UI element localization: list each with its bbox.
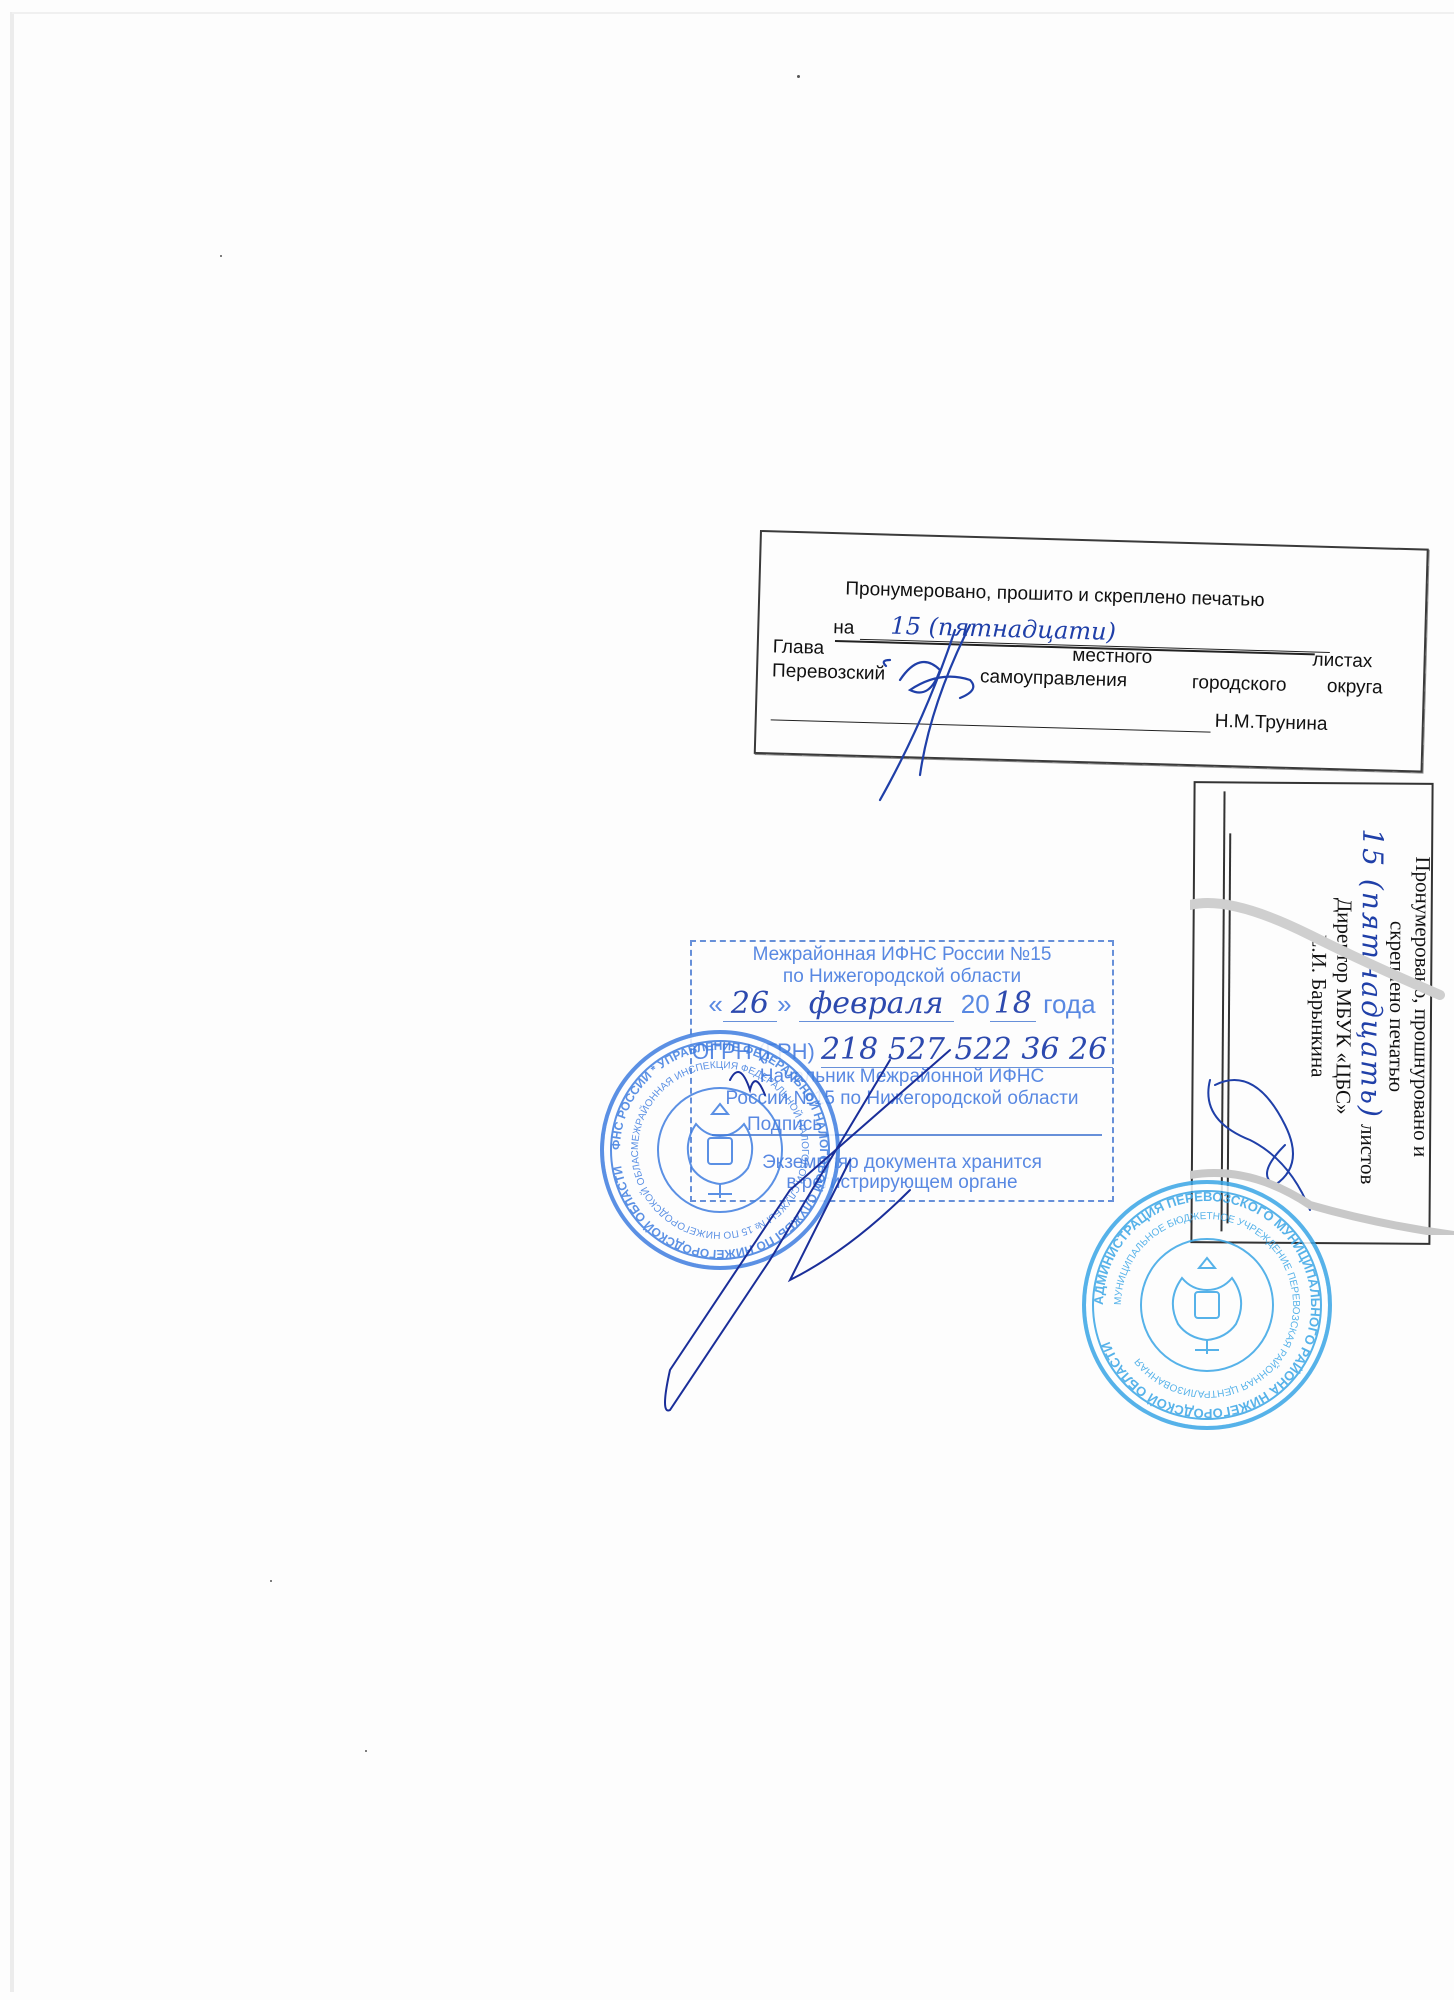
date-year-suffix: 18 (990, 986, 1036, 1022)
stamp-date-row: «26» февраля 2018 года (692, 986, 1112, 1021)
rotated-sheets-handwritten: 15 (пятнадцать) (1354, 828, 1389, 1119)
ifns-round-seal: ФНС РОССИИ * УПРАВЛЕНИЕ ФЕДЕРАЛЬНОЙ НАЛО… (600, 1030, 840, 1270)
eagle-emblem-icon (688, 1104, 752, 1198)
rotated-signer-name: Е.И. Барынкина (1305, 796, 1333, 1216)
administration-seal-graphic: АДМИНИСТРАЦИЯ ПЕРЕВОЗСКОГО МУНИЦИПАЛЬНОГ… (1086, 1184, 1328, 1426)
position-word: городского (1192, 672, 1287, 697)
signer-name: Н.М.Трунина (1215, 711, 1328, 736)
prefix-on: на (833, 617, 855, 640)
ifns-seal-graphic: ФНС РОССИИ * УПРАВЛЕНИЕ ФЕДЕРАЛЬНОЙ НАЛО… (604, 1034, 836, 1266)
svg-text:ФНС РОССИИ * УПРАВЛЕНИЕ ФЕДЕРА: ФНС РОССИИ * УПРАВЛЕНИЕ ФЕДЕРАЛЬНОЙ НАЛО… (609, 1039, 831, 1261)
scan-page-edge (10, 12, 14, 1992)
sheets-suffix: листах (1312, 649, 1372, 673)
stamp-authority-line2: по Нижегородской области (692, 966, 1112, 988)
rotated-signature-line (1227, 833, 1232, 1223)
scan-speck (270, 1580, 272, 1582)
scan-speck (365, 1750, 367, 1752)
numbering-certificate-box: Пронумеровано, прошито и скреплено печат… (754, 530, 1429, 773)
rotated-line1: Пронумеровано, прошнуровано и (1408, 797, 1436, 1217)
date-suffix: года (1043, 989, 1095, 1019)
rotated-position: Директор МБУК «ЦБС» (1330, 796, 1358, 1216)
rotated-certificate-box: Пронумеровано, прошнуровано и скреплено … (1190, 781, 1433, 1245)
date-year-prefix: 20 (961, 989, 990, 1019)
rotated-certificate-text: Пронумеровано, прошнуровано и скреплено … (1305, 796, 1436, 1217)
rotated-sheets-row: 15 (пятнадцать) листов (1355, 796, 1386, 1216)
rotated-sheets-suffix: листов (1356, 1124, 1380, 1185)
position-word: Глава (772, 636, 824, 659)
date-day: 26 (723, 986, 777, 1022)
signature-row: Н.М.Трунина (771, 698, 1328, 736)
rotated-box-divider (1220, 791, 1225, 1231)
stamp-authority-line1: Межрайонная ИФНС России №15 (692, 944, 1112, 966)
ogrn-value: 218 527 522 36 26 (821, 1032, 1113, 1068)
eagle-emblem-icon (1173, 1258, 1241, 1354)
date-open-quote: « (708, 989, 722, 1019)
scan-speck (220, 255, 222, 257)
position-word: самоуправления (980, 666, 1128, 692)
date-month: февраля (799, 986, 954, 1022)
signature-line (771, 699, 1211, 732)
certificate-title: Пронумеровано, прошито и скреплено печат… (845, 578, 1265, 612)
administration-round-seal: АДМИНИСТРАЦИЯ ПЕРЕВОЗСКОГО МУНИЦИПАЛЬНОГ… (1082, 1180, 1332, 1430)
position-line2: Перевозский (772, 660, 886, 685)
scan-speck (797, 75, 800, 78)
svg-text:АДМИНИСТРАЦИЯ ПЕРЕВОЗСКОГО МУН: АДМИНИСТРАЦИЯ ПЕРЕВОЗСКОГО МУНИЦИПАЛЬНОГ… (1091, 1189, 1323, 1421)
ifns-seal-outer-text: ФНС РОССИИ * УПРАВЛЕНИЕ ФЕДЕРАЛЬНОЙ НАЛО… (609, 1039, 831, 1261)
position-word: округа (1327, 676, 1383, 700)
date-close-quote: » (777, 989, 791, 1019)
administration-seal-outer-text: АДМИНИСТРАЦИЯ ПЕРЕВОЗСКОГО МУНИЦИПАЛЬНОГ… (1091, 1189, 1323, 1421)
scan-page-top-edge (12, 12, 1454, 14)
